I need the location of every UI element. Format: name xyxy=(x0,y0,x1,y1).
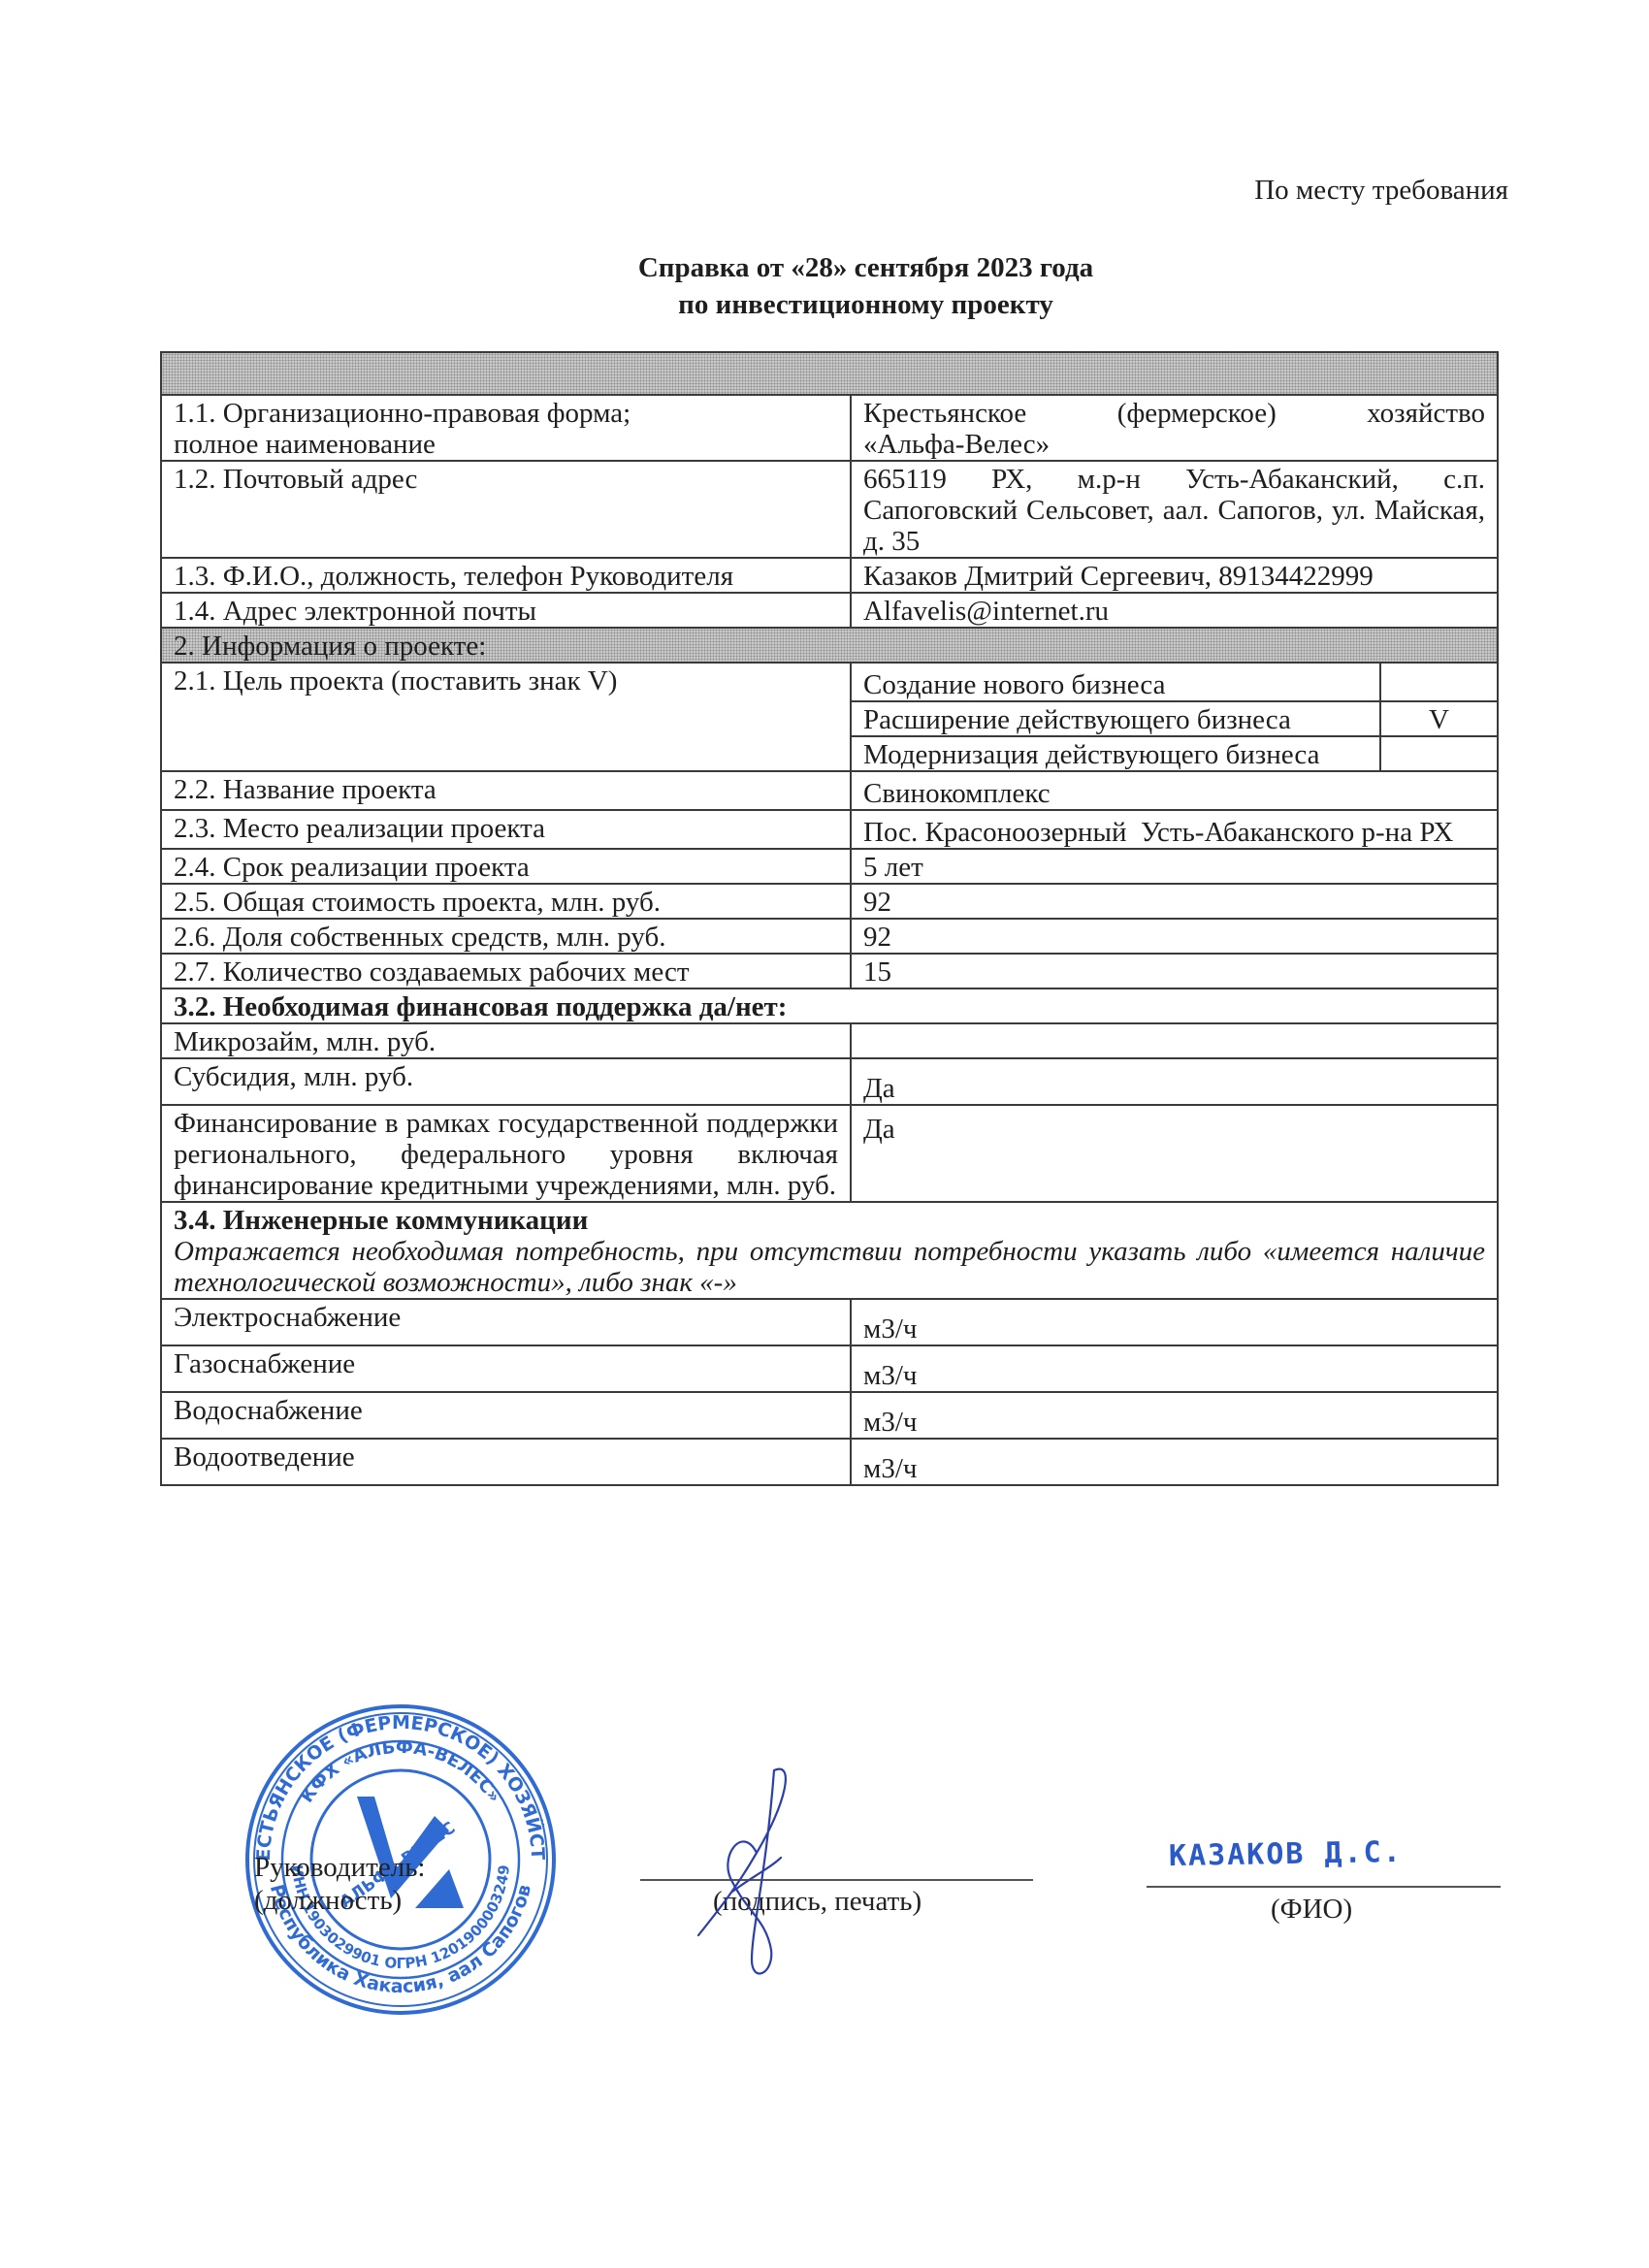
section-3-2-header-row: 3.2. Необходимая финансовая поддержка да… xyxy=(161,988,1498,1023)
section-3-4-header-row: 3.4. Инженерные коммуникации Отражается … xyxy=(161,1202,1498,1299)
value-line: Крестьянское (фермерское) хозяйство xyxy=(863,398,1485,429)
field-value-address: 665119 РХ, м.р-н Усть-Абаканский, с.п. С… xyxy=(851,461,1498,558)
section-3-2-header: 3.2. Необходимая финансовая поддержка да… xyxy=(161,988,1498,1023)
stamp-outer-top: КРЕСТЬЯНСКОЕ (ФЕРМЕРСКОЕ) ХОЗЯЙСТВО xyxy=(241,1700,548,1862)
field-value: м3/ч xyxy=(851,1392,1498,1439)
section-2-header: 2. Информация о проекте: xyxy=(161,628,1498,663)
label-line: 1.1. Организационно-правовая форма; xyxy=(174,398,838,429)
table-row: 2.1. Цель проекта (поставить знак V) Соз… xyxy=(161,663,1498,701)
field-label: 1.4. Адрес электронной почты xyxy=(161,593,851,628)
field-label: 2.5. Общая стоимость проекта, млн. руб. xyxy=(161,884,851,919)
section-3-4-header: 3.4. Инженерные коммуникации Отражается … xyxy=(161,1202,1498,1299)
field-label: 2.1. Цель проекта (поставить знак V) xyxy=(161,663,851,771)
position-label: Руководитель: (должность) xyxy=(254,1851,425,1917)
table-row: 1.4. Адрес электронной почты Alfavelis@i… xyxy=(161,593,1498,628)
field-value: м3/ч xyxy=(851,1345,1498,1392)
value-line: «Альфа-Велес» xyxy=(863,429,1485,460)
section-3-4-title: 3.4. Инженерные коммуникации xyxy=(174,1205,1485,1236)
section-2-header-row: 2. Информация о проекте: xyxy=(161,628,1498,663)
field-value: м3/ч xyxy=(851,1299,1498,1345)
table-row: Субсидия, млн. руб. Да xyxy=(161,1058,1498,1105)
table-row: 1.3. Ф.И.О., должность, телефон Руководи… xyxy=(161,558,1498,593)
table-row: 2.4. Срок реализации проекта 5 лет xyxy=(161,849,1498,884)
table-row: Финансирование в рамках государственной … xyxy=(161,1105,1498,1202)
table-row: Электроснабжение м3/ч xyxy=(161,1299,1498,1345)
goal-option-mark[interactable] xyxy=(1380,663,1498,701)
field-value: Да xyxy=(851,1058,1498,1105)
document-title: Справка от «28» сентября 2023 года по ин… xyxy=(0,249,1649,323)
fio-line xyxy=(1147,1886,1501,1888)
table-row: Газоснабжение м3/ч xyxy=(161,1345,1498,1392)
field-label: 1.3. Ф.И.О., должность, телефон Руководи… xyxy=(161,558,851,593)
svg-text:КРЕСТЬЯНСКОЕ (ФЕРМЕРСКОЕ) ХОЗЯ: КРЕСТЬЯНСКОЕ (ФЕРМЕРСКОЕ) ХОЗЯЙСТВО xyxy=(241,1700,548,1862)
field-label: Водоснабжение xyxy=(161,1392,851,1439)
section-1-header xyxy=(161,352,1498,395)
addressee: По месту требования xyxy=(1254,175,1508,207)
field-value-director: Казаков Дмитрий Сергеевич, 89134422999 xyxy=(851,558,1498,593)
table-row: 2.7. Количество создаваемых рабочих мест… xyxy=(161,954,1498,988)
field-label: Финансирование в рамках государственной … xyxy=(161,1105,851,1202)
label-line: полное наименование xyxy=(174,429,838,460)
table-row: Водоснабжение м3/ч xyxy=(161,1392,1498,1439)
field-value: 15 xyxy=(851,954,1498,988)
fio-caption: (ФИО) xyxy=(1271,1894,1352,1926)
field-label: 1.2. Почтовый адрес xyxy=(161,461,851,558)
field-value: Пос. Красоноозерный Усть-Абаканского р-н… xyxy=(851,810,1498,849)
field-label: 2.4. Срок реализации проекта xyxy=(161,849,851,884)
field-label: Газоснабжение xyxy=(161,1345,851,1392)
table-row: 1.2. Почтовый адрес 665119 РХ, м.р-н Уст… xyxy=(161,461,1498,558)
goal-option-mark[interactable]: V xyxy=(1380,701,1498,736)
field-label: 1.1. Организационно-правовая форма; полн… xyxy=(161,395,851,461)
field-label: 2.2. Название проекта xyxy=(161,771,851,810)
field-label: 2.6. Доля собственных средств, млн. руб. xyxy=(161,919,851,954)
field-label: Субсидия, млн. руб. xyxy=(161,1058,851,1105)
table-row: Водоотведение м3/ч xyxy=(161,1439,1498,1485)
field-value-org-name: Крестьянское (фермерское) хозяйство «Аль… xyxy=(851,395,1498,461)
goal-option: Модернизация действующего бизнеса xyxy=(851,736,1380,771)
goal-option-mark[interactable] xyxy=(1380,736,1498,771)
field-value: 92 xyxy=(851,884,1498,919)
section-1-header-row xyxy=(161,352,1498,395)
table-row: 2.2. Название проекта Свинокомплекс xyxy=(161,771,1498,810)
field-value: Да xyxy=(851,1105,1498,1202)
field-label: Водоотведение xyxy=(161,1439,851,1485)
field-value: м3/ч xyxy=(851,1439,1498,1485)
table-row: 2.3. Место реализации проекта Пос. Красо… xyxy=(161,810,1498,849)
field-value: 92 xyxy=(851,919,1498,954)
table-row: 1.1. Организационно-правовая форма; полн… xyxy=(161,395,1498,461)
field-value xyxy=(851,1023,1498,1058)
fio-stamp: КАЗАКОВ Д.С. xyxy=(1169,1835,1403,1873)
title-line-1: Справка от «28» сентября 2023 года xyxy=(0,249,1649,286)
handwritten-signature-icon xyxy=(660,1766,873,1979)
table-row: 2.6. Доля собственных средств, млн. руб.… xyxy=(161,919,1498,954)
field-label: Микрозайм, млн. руб. xyxy=(161,1023,851,1058)
field-value-email: Alfavelis@internet.ru xyxy=(851,593,1498,628)
field-label: Электроснабжение xyxy=(161,1299,851,1345)
title-line-2: по инвестиционному проекту xyxy=(0,286,1649,323)
goal-option: Расширение действующего бизнеса xyxy=(851,701,1380,736)
field-label: 2.3. Место реализации проекта xyxy=(161,810,851,849)
investment-project-form: 1.1. Организационно-правовая форма; полн… xyxy=(160,351,1499,1486)
table-row: 2.5. Общая стоимость проекта, млн. руб. … xyxy=(161,884,1498,919)
position-label-line-2: (должность) xyxy=(254,1884,425,1917)
section-3-4-note: Отражается необходимая потребность, при … xyxy=(174,1236,1485,1298)
field-value: Свинокомплекс xyxy=(851,771,1498,810)
goal-option: Создание нового бизнеса xyxy=(851,663,1380,701)
field-value: 5 лет xyxy=(851,849,1498,884)
table-row: Микрозайм, млн. руб. xyxy=(161,1023,1498,1058)
position-label-line-1: Руководитель: xyxy=(254,1851,425,1884)
field-label: 2.7. Количество создаваемых рабочих мест xyxy=(161,954,851,988)
